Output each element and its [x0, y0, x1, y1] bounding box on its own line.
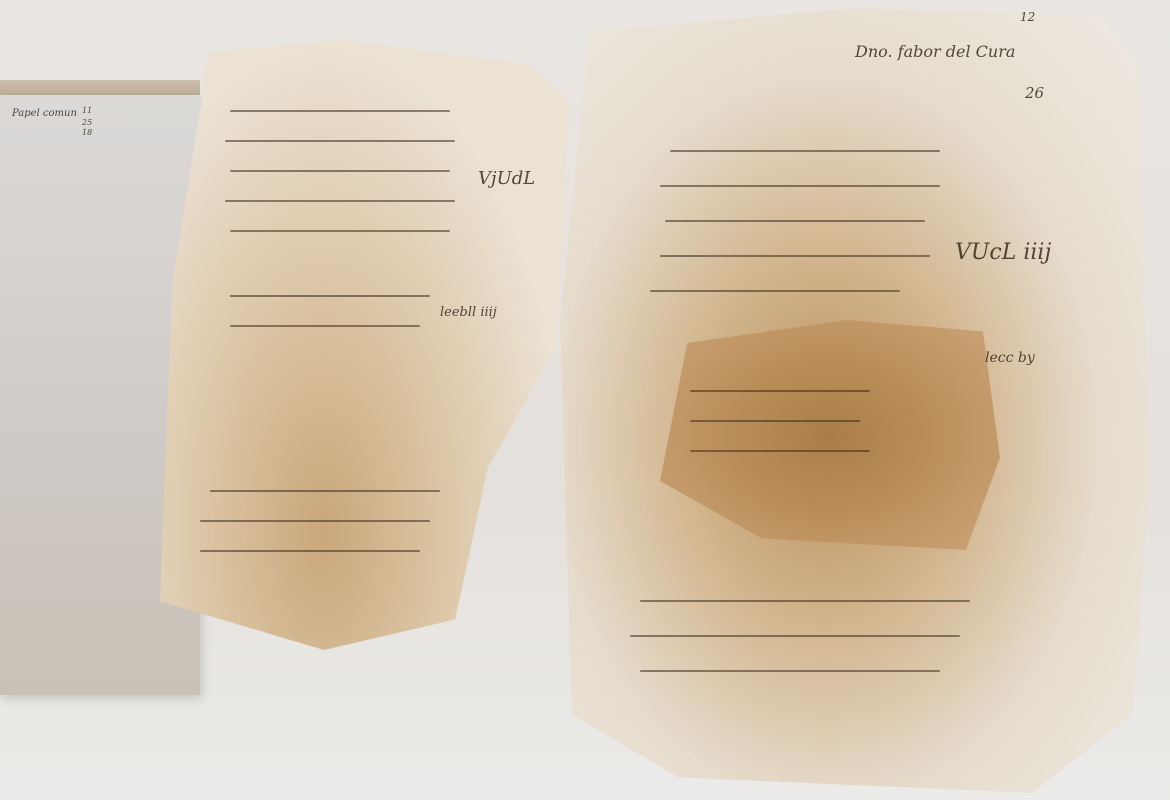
- handwriting-line: [230, 230, 450, 232]
- handwriting-line: [690, 390, 870, 392]
- cover-number: 11: [82, 106, 92, 115]
- cover-note: Papel comun: [12, 108, 77, 119]
- handwriting-line: [670, 150, 940, 152]
- margin-note: lecc by: [985, 350, 1035, 366]
- handwriting-line: [225, 140, 455, 142]
- handwriting-line: [230, 170, 450, 172]
- left-folio: [160, 40, 570, 650]
- handwriting-line: [210, 490, 440, 492]
- manuscript-photo: Papel comun 11 25 18 Dno. fabor del Cura…: [0, 0, 1170, 800]
- handwriting-line: [640, 600, 970, 602]
- handwriting-line: [200, 520, 430, 522]
- handwriting-line: [200, 550, 420, 552]
- handwriting-line: [640, 670, 940, 672]
- handwriting-line: [690, 420, 860, 422]
- handwriting-line: [660, 185, 940, 187]
- handwriting-line: [650, 290, 900, 292]
- margin-note: VUcL iiij: [955, 240, 1051, 265]
- handwriting-line: [665, 220, 925, 222]
- margin-note: VjUdL: [478, 168, 535, 189]
- handwriting-line: [230, 295, 430, 297]
- handwriting-line: [225, 200, 455, 202]
- page-number: 12: [1020, 10, 1035, 24]
- handwriting-line: [230, 110, 450, 112]
- handwriting-line: [690, 450, 870, 452]
- top-heading: Dno. fabor del Cura: [855, 42, 1015, 61]
- handwriting-line: [660, 255, 930, 257]
- cover-number: 25: [82, 118, 92, 127]
- margin-note: leebll iiij: [440, 305, 497, 320]
- cover-number: 18: [82, 128, 92, 137]
- top-number: 26: [1025, 84, 1044, 102]
- handwriting-line: [230, 325, 420, 327]
- handwriting-line: [630, 635, 960, 637]
